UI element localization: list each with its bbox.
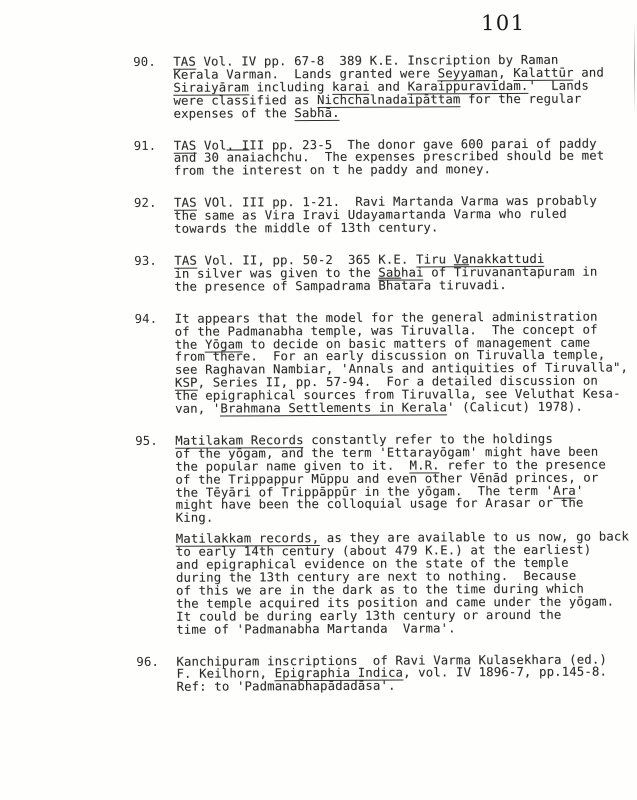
- footnote: 90.TAS Vol. IV pp. 67-8 389 K.E. Inscrip…: [133, 53, 625, 120]
- paragraph: TAS Vol. III pp. 23-5 The donor gave 600…: [174, 137, 626, 178]
- text-line: from the interest on t he paddy and mone…: [174, 163, 626, 178]
- paragraph: TAS Vol. IV pp. 67-8 389 K.E. Inscriptio…: [173, 53, 625, 120]
- scanned-document-page: 101 90.TAS Vol. IV pp. 67-8 389 K.E. Ins…: [0, 0, 637, 800]
- page-content: 101 90.TAS Vol. IV pp. 67-8 389 K.E. Ins…: [0, 0, 637, 800]
- page-number: 101: [481, 11, 526, 35]
- footnote-body: TAS VOl. III pp. 1-21. Ravi Martanda Var…: [174, 195, 626, 236]
- footnote-number: 91.: [134, 139, 174, 152]
- footnote-number: 96.: [136, 655, 176, 668]
- footnote: 96.Kanchipuram inscriptions of Ravi Varm…: [136, 653, 628, 694]
- footnote: 91.TAS Vol. III pp. 23-5 The donor gave …: [134, 137, 626, 178]
- paragraph: TAS Vol. II, pp. 50-2 365 K.E. Tiru Vana…: [174, 252, 626, 293]
- footnote: 92.TAS VOl. III pp. 1-21. Ravi Martanda …: [134, 195, 626, 236]
- notes-list: 90.TAS Vol. IV pp. 67-8 389 K.E. Inscrip…: [133, 53, 628, 694]
- paragraph: Kanchipuram inscriptions of Ravi Varma K…: [176, 653, 628, 694]
- footnote-body: Kanchipuram inscriptions of Ravi Varma K…: [176, 653, 628, 694]
- footnote: 95.Matilakam Records constantly refer to…: [135, 432, 628, 636]
- footnote-body: Matilakam Records constantly refer to th…: [175, 432, 629, 636]
- footnote-number: 94.: [135, 312, 175, 325]
- paragraph: Matilakkam records, as they are availabl…: [176, 531, 630, 637]
- paragraph: It appears that the model for the genera…: [175, 310, 629, 416]
- footnote-body: It appears that the model for the genera…: [175, 310, 629, 416]
- text-line: were classified as Nichchalnadaipāttam f…: [173, 92, 625, 107]
- paragraph: TAS VOl. III pp. 1-21. Ravi Martanda Var…: [174, 195, 626, 236]
- footnote: 94.It appears that the model for the gen…: [135, 310, 628, 416]
- text-line: Ref: to 'Padmanabhapādadāsa'.: [176, 679, 628, 694]
- text-line: time of 'Padmanabha Martanda Varma'.: [176, 621, 629, 636]
- footnote-body: TAS Vol. IV pp. 67-8 389 K.E. Inscriptio…: [173, 53, 625, 120]
- footnote-number: 90.: [133, 56, 173, 69]
- text-line: van, 'Brahmana Settlements in Kerala' (C…: [175, 400, 628, 415]
- footnote-body: TAS Vol. II, pp. 50-2 365 K.E. Tiru Vana…: [174, 252, 626, 293]
- text-line: King.: [176, 510, 629, 525]
- scan-edge-artifact: [634, 22, 635, 114]
- footnote-body: TAS Vol. III pp. 23-5 The donor gave 600…: [174, 137, 626, 178]
- text-line: the presence of Sampadrama Bhatara tiruv…: [174, 278, 626, 293]
- footnote-number: 93.: [134, 255, 174, 268]
- footnote-number: 95.: [135, 435, 175, 448]
- paragraph: Matilakam Records constantly refer to th…: [175, 432, 629, 525]
- text-line: towards the middle of 13th century.: [174, 220, 626, 235]
- footnote-number: 92.: [134, 197, 174, 210]
- footnote: 93.TAS Vol. II, pp. 50-2 365 K.E. Tiru V…: [134, 252, 626, 293]
